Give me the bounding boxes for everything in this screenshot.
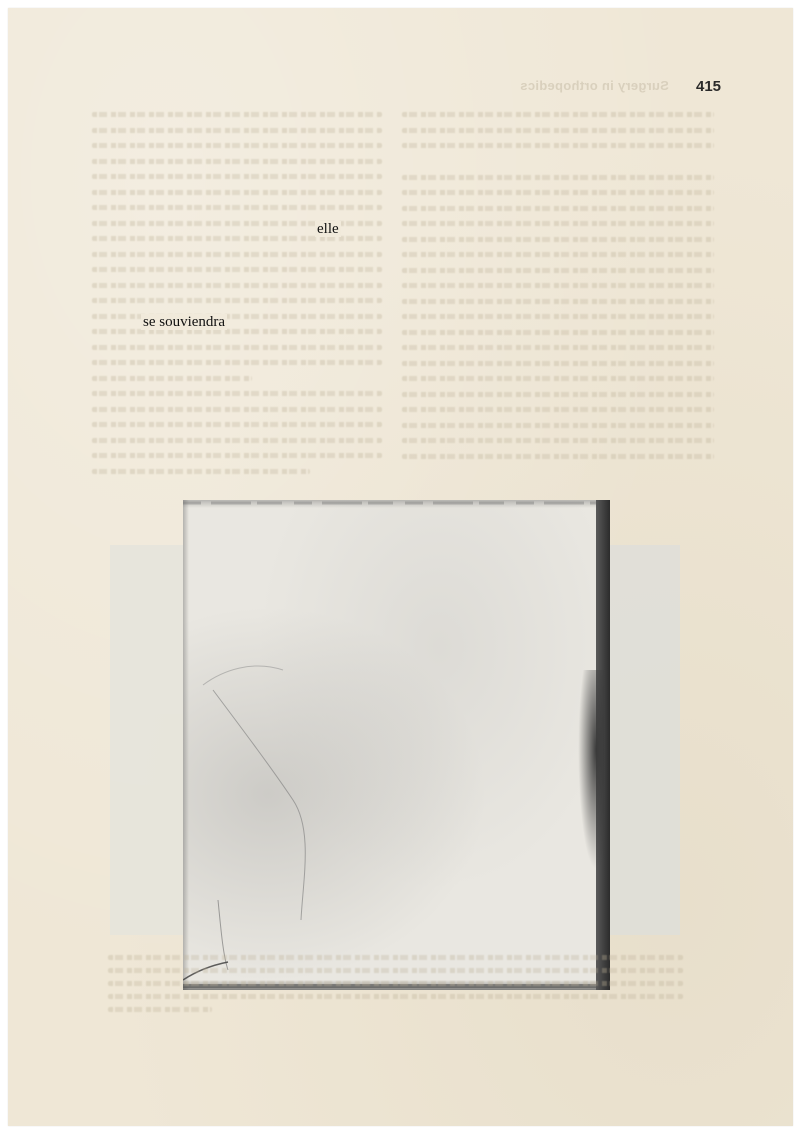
- right-text-column-faded: [402, 112, 714, 469]
- page-number: 415: [696, 78, 721, 95]
- photo-dark-detail: [578, 670, 604, 870]
- figure-photograph: [183, 500, 610, 990]
- running-head-mirrored: Surgery in orthopedics: [520, 78, 669, 93]
- overlay-word-se-souviendra: se souviendra: [141, 314, 227, 330]
- photo-crease-lines: [183, 500, 610, 990]
- figure-caption-faded: [108, 955, 683, 1020]
- overlay-word-elle: elle: [315, 221, 341, 237]
- left-text-column-faded: [92, 112, 382, 484]
